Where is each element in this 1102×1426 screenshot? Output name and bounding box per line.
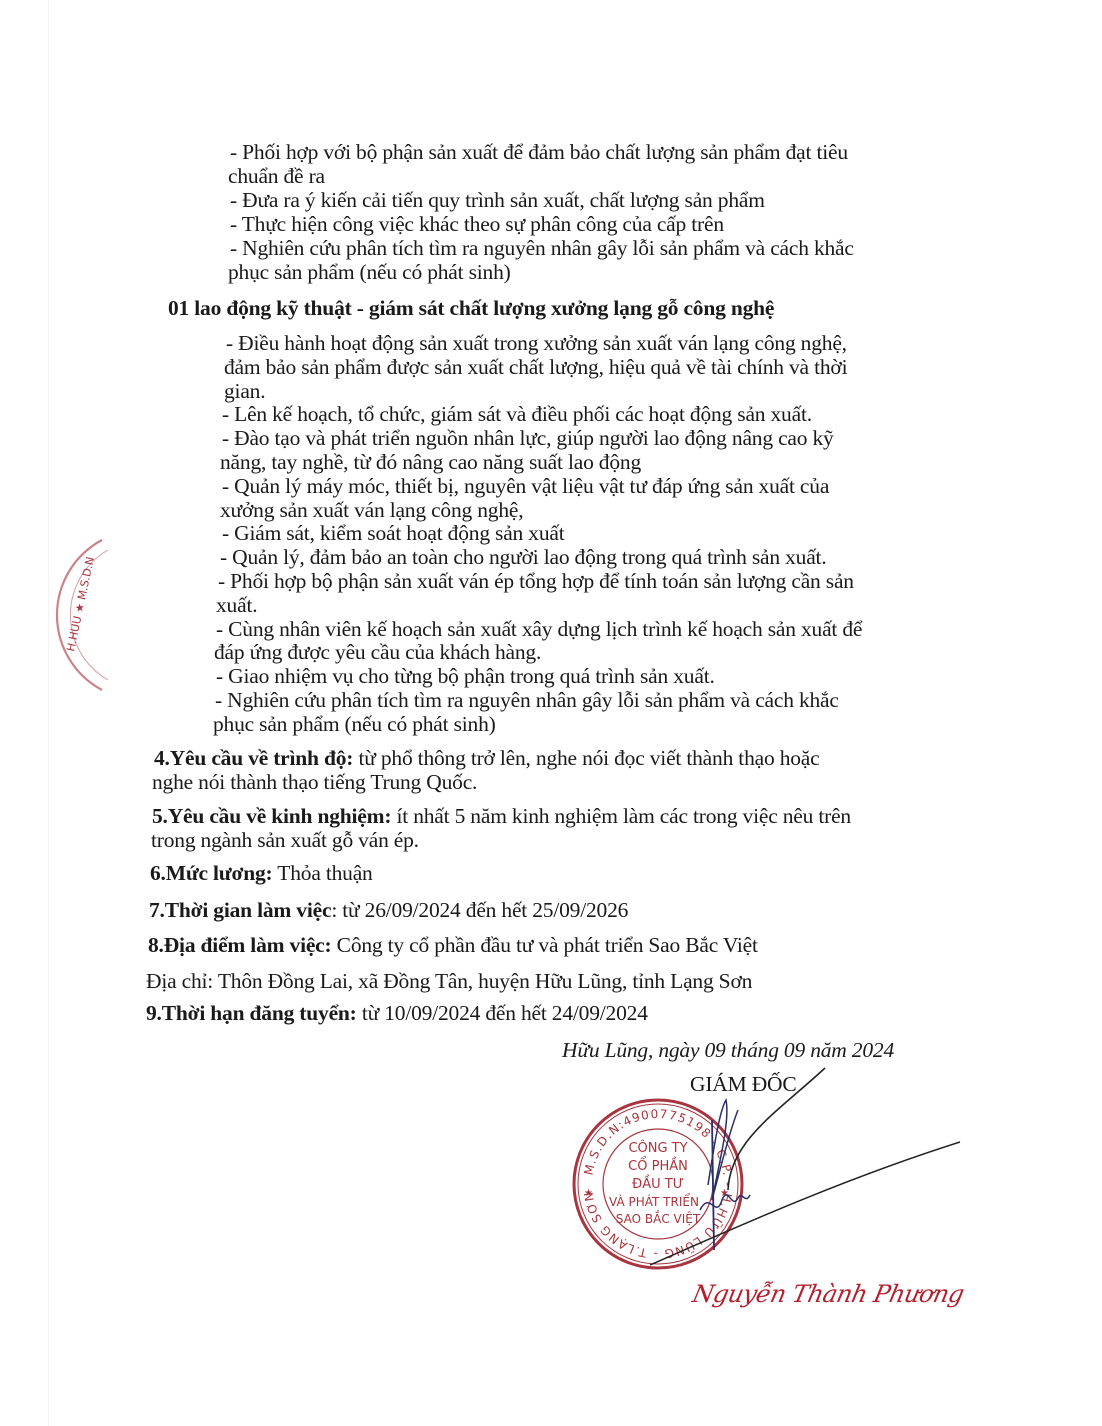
duty-item: xưởng sản xuất ván lạng công nghệ, (220, 498, 523, 522)
duty-item: - Điều hành hoạt động sản xuất trong xưở… (226, 331, 847, 355)
duty-item: - Nghiên cứu phân tích tìm ra nguyên nhâ… (215, 688, 839, 712)
duty-item: - Thực hiện công việc khác theo sự phân … (230, 212, 724, 236)
education-requirement: 4.Yêu cầu về trình độ: từ phổ thông trở … (154, 746, 819, 770)
work-period-label: 7.Thời gian làm việc (149, 898, 331, 922)
stamp-line-1: CÔNG TY (628, 1140, 687, 1156)
education-requirement-value: từ phổ thông trở lên, nghe nói đọc viết … (353, 746, 819, 770)
duty-item: đảm bảo sản phẩm được sản xuất chất lượn… (224, 355, 847, 379)
work-location-value: Công ty cổ phần đầu tư và phát triển Sao… (332, 933, 758, 957)
work-period-value: : từ 26/09/2024 đến hết 25/09/2026 (331, 898, 628, 922)
duty-item: - Đào tạo và phát triển nguồn nhân lực, … (222, 426, 834, 450)
duty-item: - Lên kế hoạch, tổ chức, giám sát và điề… (222, 402, 812, 426)
duty-item: - Giao nhiệm vụ cho từng bộ phận trong q… (216, 664, 715, 688)
experience-requirement-cont: trong ngành sản xuất gỗ ván ép. (151, 828, 419, 852)
duty-item: chuẩn đề ra (228, 164, 325, 188)
duty-item: - Nghiên cứu phân tích tìm ra nguyên nhâ… (230, 236, 854, 260)
duty-item: - Quản lý máy móc, thiết bị, nguyên vật … (222, 474, 829, 498)
duty-item: - Giám sát, kiểm soát hoạt động sản xuất (222, 521, 565, 545)
duty-item: - Phối hợp bộ phận sản xuất ván ép tổng … (218, 569, 854, 593)
stamp-line-2: CỔ PHẦN (628, 1157, 688, 1174)
duty-item: năng, tay nghề, từ đó nâng cao năng suất… (220, 450, 641, 474)
recruit-period: 9.Thời hạn đăng tuyển: từ 10/09/2024 đến… (146, 1001, 648, 1025)
salary-value: Thỏa thuận (273, 861, 373, 885)
duty-item: đáp ứng được yêu cầu của khách hàng. (214, 640, 541, 664)
signatory-name: Nguyễn Thành Phương (690, 1280, 966, 1308)
salary: 6.Mức lương: Thỏa thuận (150, 861, 373, 885)
work-location-label: 8.Địa điểm làm việc: (148, 933, 332, 957)
stamp-star-icon: ★ (584, 1188, 593, 1199)
page-edge (48, 0, 49, 1426)
partial-seal-left: H.HUU ★ M.S.D.N (40, 530, 140, 700)
experience-requirement-value: ít nhất 5 năm kinh nghiệm làm các trong … (391, 804, 851, 828)
stamp-line-4: VÀ PHÁT TRIỂN (609, 1193, 699, 1209)
duty-item: phục sản phẩm (nếu có phát sinh) (213, 712, 496, 736)
education-requirement-cont: nghe nói thành thạo tiếng Trung Quốc. (152, 770, 477, 794)
duty-item: phục sản phẩm (nếu có phát sinh) (228, 260, 511, 284)
recruit-period-value: từ 10/09/2024 đến hết 24/09/2024 (357, 1001, 648, 1025)
experience-requirement-label: 5.Yêu cầu về kinh nghiệm: (152, 804, 391, 828)
duty-item: gian. (224, 379, 265, 403)
education-requirement-label: 4.Yêu cầu về trình độ: (154, 746, 353, 770)
work-location: 8.Địa điểm làm việc: Công ty cổ phần đầu… (148, 933, 758, 957)
duty-item: - Phối hợp với bộ phận sản xuất để đảm b… (230, 140, 848, 164)
duty-item: - Cùng nhân viên kế hoạch sản xuất xây d… (216, 617, 862, 641)
stamp-line-3: ĐẦU TƯ (632, 1175, 684, 1192)
duty-item: - Quản lý, đảm bảo an toàn cho người lao… (220, 545, 827, 569)
position-heading: 01 lao động kỹ thuật - giám sát chất lượ… (168, 296, 774, 320)
duty-item: - Đưa ra ý kiến cải tiến quy trình sản x… (230, 188, 765, 212)
stamp-line-5: SAO BẮC VIỆT (616, 1210, 701, 1226)
experience-requirement: 5.Yêu cầu về kinh nghiệm: ít nhất 5 năm … (152, 804, 851, 828)
place-date: Hữu Lũng, ngày 09 tháng 09 năm 2024 (562, 1038, 894, 1062)
handwritten-signature (690, 1060, 980, 1270)
work-address: Địa chỉ: Thôn Đồng Lai, xã Đồng Tân, huy… (146, 969, 752, 993)
duty-item: xuất. (216, 593, 257, 617)
recruit-period-label: 9.Thời hạn đăng tuyển: (146, 1001, 357, 1025)
work-period: 7.Thời gian làm việc: từ 26/09/2024 đến … (149, 898, 628, 922)
salary-label: 6.Mức lương: (150, 861, 273, 885)
